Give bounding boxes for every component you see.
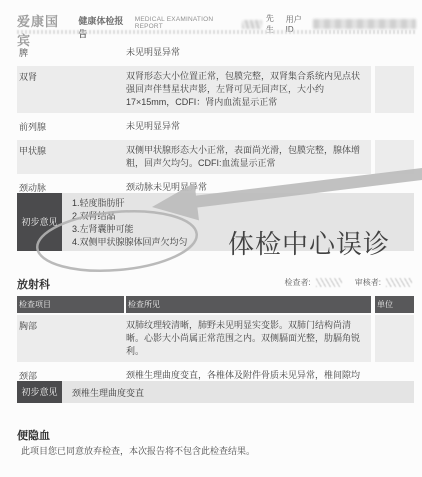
- user-id-redacted: [313, 19, 416, 29]
- exam-finding: 双侧甲状腺形态大小正常，表面尚光滑，包膜完整，腺体增粗，回声欠均匀。CDFI:血…: [124, 140, 371, 174]
- table-row: 甲状腺双侧甲状腺形态大小正常，表面尚光滑，包膜完整，腺体增粗，回声欠均匀。CDF…: [17, 140, 414, 174]
- exam-unit: [375, 42, 414, 63]
- report-title-en: MEDICAL EXAMINATION REPORT: [135, 16, 242, 30]
- exam-unit: [375, 66, 414, 113]
- exam-finding: 未见明显异常: [124, 116, 371, 137]
- radiology-summary-text: 颈椎生理曲度变直: [72, 381, 414, 403]
- radiology-summary-band: 初步意见 颈椎生理曲度变直: [17, 381, 414, 403]
- occult-blood-note: 此项目您已同意放弃检查，本次报告将不包含此检查结果。: [21, 444, 255, 457]
- reviewer-signature: [386, 278, 412, 287]
- examiner-signature: [316, 278, 342, 287]
- col-header-finding: 检查所见: [126, 296, 371, 313]
- exam-finding: 双肾形态大小位置正常，包膜完整，双肾集合系统内见点状强回声伴彗星状声影，左肾可见…: [124, 66, 371, 113]
- exam-item: 胸部: [17, 315, 124, 362]
- examiner-label: 检查者:: [285, 277, 311, 288]
- exam-item: 双肾: [17, 66, 124, 113]
- exam-item: 甲状腺: [17, 140, 124, 174]
- summary-item: 2.双肾结晶: [72, 210, 414, 223]
- table-row: 胸部双肺纹理较清晰，肺野未见明显实变影。双肺门结构尚清晰。心影大小尚属正常范围之…: [17, 315, 414, 362]
- ultrasound-table: 脾未见明显异常双肾双肾形态大小位置正常，包膜完整，双肾集合系统内见点状强回声伴彗…: [17, 42, 414, 201]
- table-row: 脾未见明显异常: [17, 42, 414, 63]
- report-title: 健康体检报告: [78, 14, 131, 40]
- reviewer-label: 审核者:: [355, 277, 381, 288]
- summary-item: 1.轻度脂肪肝: [72, 197, 414, 210]
- radiology-title: 放射科: [17, 276, 50, 292]
- table-row: 前列腺未见明显异常: [17, 116, 414, 137]
- summary-label: 初步意见: [17, 193, 62, 251]
- exam-item: 脾: [17, 42, 124, 63]
- misdiagnosis-annotation: 体检中心误诊: [228, 224, 390, 261]
- table-row: 双肾双肾形态大小位置正常，包膜完整，双肾集合系统内见点状强回声伴彗星状声影，左肾…: [17, 66, 414, 113]
- occult-blood-title: 便隐血: [17, 427, 50, 443]
- signature-row: 检查者: 审核者:: [285, 277, 412, 288]
- patient-name-redacted: [242, 20, 262, 29]
- exam-finding: 未见明显异常: [124, 42, 371, 63]
- exam-unit: [375, 116, 414, 137]
- exam-unit: [375, 140, 414, 174]
- col-header-item: 检查项目: [17, 296, 124, 313]
- summary-body-2: 颈椎生理曲度变直: [62, 381, 414, 403]
- radiology-table-header: 检查项目 检查所见 单位: [17, 296, 414, 313]
- medical-report-page: 爱康国宾 健康体检报告 MEDICAL EXAMINATION REPORT 先…: [0, 0, 422, 477]
- exam-item: 前列腺: [17, 116, 124, 137]
- col-header-unit: 单位: [375, 296, 414, 313]
- exam-finding: 双肺纹理较清晰，肺野未见明显实变影。双肺门结构尚清晰。心影大小尚属正常范围之内。…: [124, 315, 371, 362]
- summary-label-2: 初步意见: [17, 381, 62, 403]
- exam-unit: [375, 315, 414, 362]
- barcode-id-strip: [17, 30, 415, 34]
